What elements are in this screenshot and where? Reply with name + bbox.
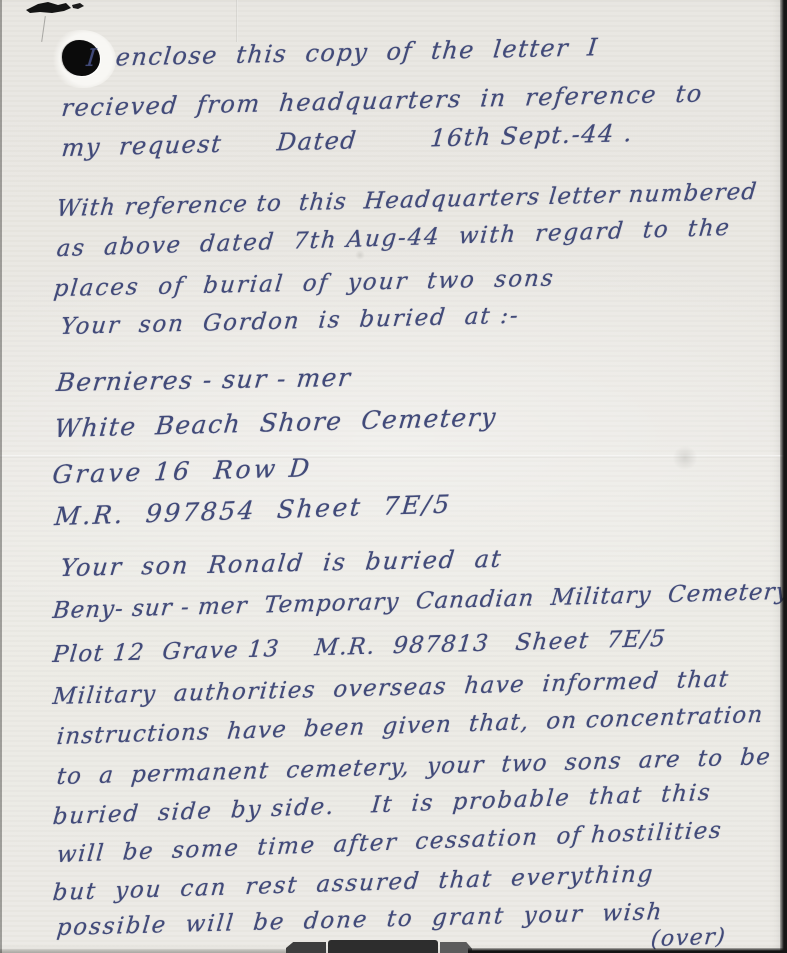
scan-artifact-block (286, 942, 326, 953)
handwritten-line: Grave 16 Row D (51, 453, 313, 489)
scanned-letter-page: I enclose this copy of the letter I reci… (0, 0, 787, 953)
handwritten-line: Your son Gordon is buried at :- (59, 303, 520, 340)
vertical-fold-crease (236, 0, 238, 42)
handwritten-line: With reference to this Headquarters lett… (55, 179, 758, 222)
handwritten-line: possible will be done to grant your wish (55, 899, 664, 941)
handwritten-line: Plot 12 Grave 13 M.R. 987813 Sheet 7E/5 (51, 626, 667, 668)
page-bottom-edge-shadow (0, 949, 292, 953)
handwritten-line: instructions have been given that, on co… (56, 702, 765, 750)
handwritten-line: but you can rest assured that everything (52, 861, 656, 906)
paper-crease-hairline (41, 16, 46, 42)
handwritten-line: my request Dated 16th Sept.-44 . (60, 119, 634, 162)
handwritten-line: Bernieres - sur - mer (55, 363, 353, 397)
handwritten-line: places of burial of your two sons (52, 266, 556, 303)
handwritten-line: I enclose this copy of the letter I (85, 33, 600, 72)
handwritten-line: M.R. 997854 Sheet 7E/5 (53, 490, 453, 532)
handwritten-line: Beny- sur - mer Temporary Canadian Milit… (51, 579, 787, 624)
paper-smudge (672, 446, 698, 470)
scanner-edge-right (780, 0, 787, 953)
handwritten-line: as above dated 7th Aug-44 with regard to… (56, 215, 732, 262)
torn-tape-mark (24, 1, 90, 19)
handwritten-line: Military authorities overseas have infor… (51, 666, 730, 710)
scanner-edge-left (0, 0, 2, 953)
handwritten-line: White Beach Shore Cemetery (53, 402, 498, 443)
scan-artifact-block (328, 940, 438, 953)
scan-artifact-line (468, 948, 787, 953)
handwritten-line: recieved from headquarters in reference … (60, 79, 704, 122)
handwritten-line: Your son Ronald is buried at (59, 545, 504, 582)
